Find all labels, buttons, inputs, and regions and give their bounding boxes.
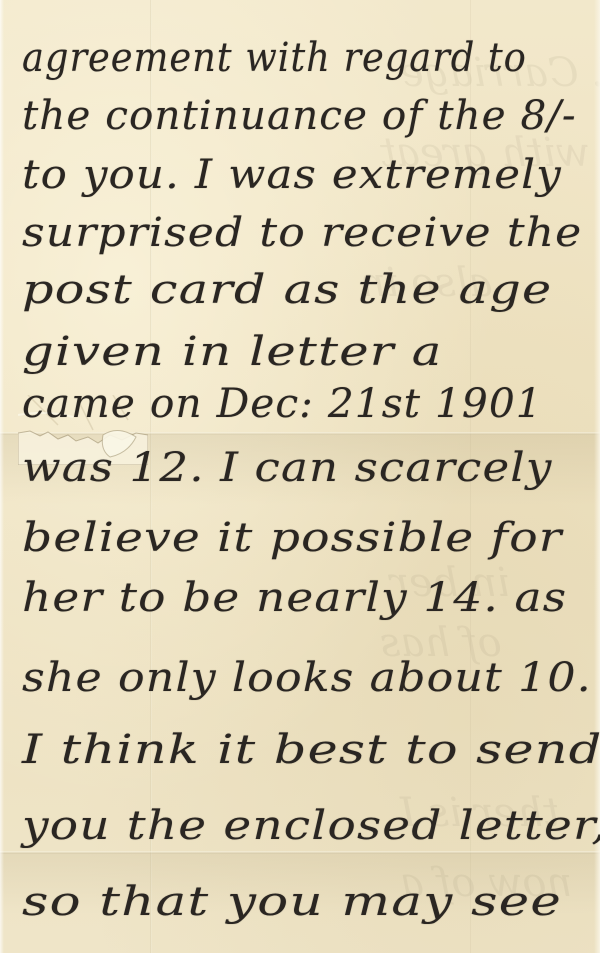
text-line-9: believe it possible for	[22, 518, 562, 558]
text-line-2: the continuance of the 8/-	[22, 96, 577, 136]
text-line-1: agreement with regard to	[22, 38, 527, 78]
letter-page: Mr. J. Carriage with great also in in be…	[0, 0, 600, 953]
text-line-12: I think it best to send	[22, 730, 600, 770]
text-line-7: came on Dec: 21st 1901	[22, 384, 543, 424]
text-line-13: you the enclosed letter,	[22, 806, 600, 846]
text-line-10: her to be nearly 14. as	[22, 578, 567, 618]
text-line-6: given in letter a	[22, 332, 443, 372]
text-line-4: surprised to receive the	[22, 213, 582, 253]
text-line-8: was 12. I can scarcely	[22, 448, 552, 488]
text-line-3: to you. I was extremely	[22, 155, 562, 195]
text-line-11: she only looks about 10.	[22, 658, 592, 698]
handwritten-text: agreement with regard to the continuance…	[0, 0, 600, 953]
text-line-5: post card as the age	[22, 270, 552, 310]
text-line-14: so that you may see	[22, 882, 562, 922]
